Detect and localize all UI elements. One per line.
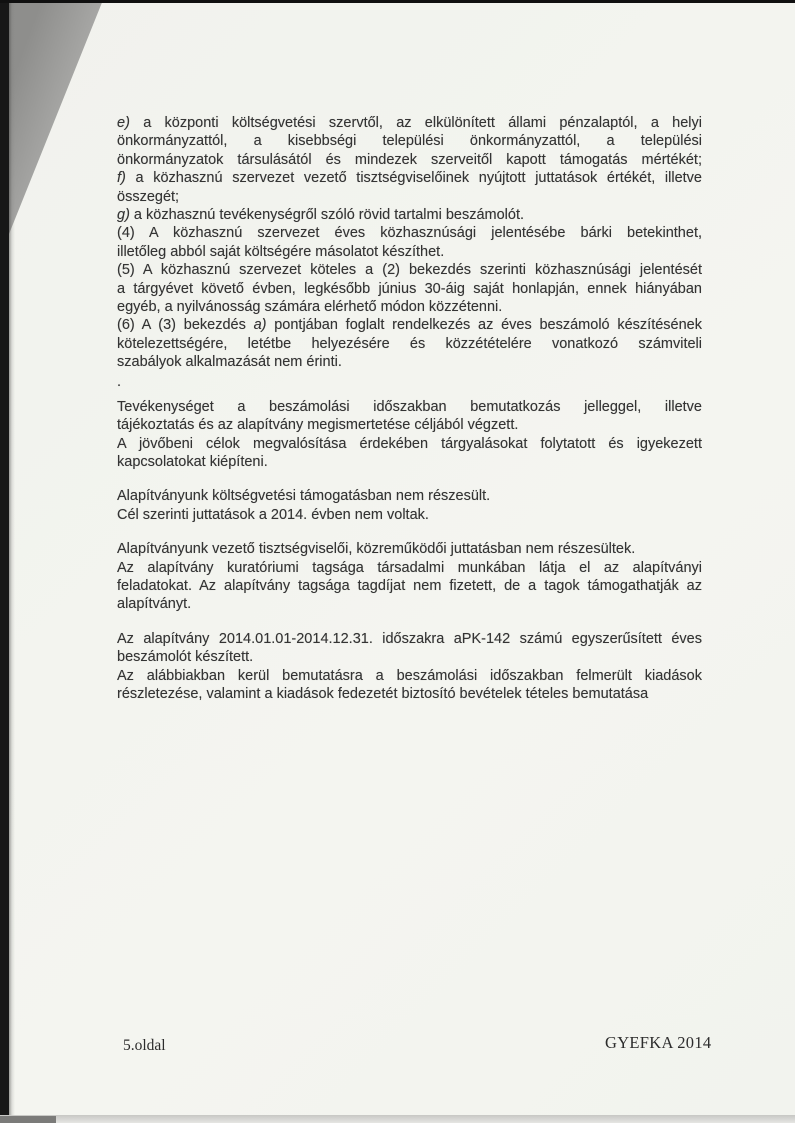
text-segment: pontjában foglalt rendelkezés az éves be…	[266, 317, 702, 333]
scan-artifact-top-edge	[0, 0, 795, 3]
text-line: illetőleg abból saját költségére másolat…	[117, 243, 702, 261]
text-line: (4) A közhasznú szervezet éves közhasznú…	[117, 224, 702, 242]
text-line: A jövőbeni célok megvalósítása érdekében…	[117, 435, 702, 453]
text-segment: (6) A (3) bekezdés	[117, 317, 254, 333]
text-line: e) a központi költségvetési szervtől, az…	[117, 114, 702, 132]
text-line: szabályok alkalmazását nem érinti.	[117, 353, 702, 371]
text-line: egyéb, a nyilvánosság számára elérhető m…	[117, 298, 702, 316]
text-line: kötelezettségére, letétbe helyezésére és…	[117, 335, 702, 353]
paragraph: Alapítványunk vezető tisztségviselői, kö…	[117, 540, 702, 614]
text-line: Alapítványunk vezető tisztségviselői, kö…	[117, 540, 702, 558]
text-line: önkormányzattól, a kisebbségi települési…	[117, 132, 702, 150]
text-line: önkormányzatok társulásától és mindezek …	[117, 151, 702, 169]
italic-text-segment: g)	[117, 207, 130, 223]
text-line: feladatokat. Az alapítvány tagsága tagdí…	[117, 577, 702, 595]
text-line: beszámolót készített.	[117, 648, 702, 666]
scan-artifact-bottom-shadow	[0, 1115, 795, 1123]
text-line: f) a közhasznú szervezet vezető tisztség…	[117, 169, 702, 187]
text-line: kapcsolatokat kiépíteni.	[117, 453, 702, 471]
scanned-page: e) a központi költségvetési szervtől, az…	[0, 0, 795, 1123]
text-line: g) a közhasznú tevékenységről szóló rövi…	[117, 206, 702, 224]
scan-artifact-left-edge	[0, 0, 9, 1123]
text-line: Tevékenységet a beszámolási időszakban b…	[117, 398, 702, 416]
text-block: e) a központi költségvetési szervtől, az…	[117, 114, 702, 703]
text-line: tájékoztatás és az alapítvány megismerte…	[117, 416, 702, 434]
paragraph: Az alapítvány 2014.01.01-2014.12.31. idő…	[117, 630, 702, 704]
text-line: részletezése, valamint a kiadások fedeze…	[117, 685, 702, 703]
text-segment: a központi költségvetési szervtől, az el…	[130, 115, 702, 131]
text-line: Az alábbiakban kerül bemutatásra a beszá…	[117, 667, 702, 685]
text-line: (6) A (3) bekezdés a) pontjában foglalt …	[117, 316, 702, 334]
text-line: a tárgyévet követő évben, legkésőbb júni…	[117, 280, 702, 298]
text-line: Az alapítvány 2014.01.01-2014.12.31. idő…	[117, 630, 702, 648]
scan-artifact-bottom-left-corner	[0, 1116, 56, 1123]
text-segment: a közhasznú szervezet vezető tisztségvis…	[126, 170, 702, 186]
text-line: összegét;	[117, 188, 702, 206]
text-line: Az alapítvány kuratóriumi tagsága társad…	[117, 559, 702, 577]
paragraph: .	[117, 373, 702, 391]
paragraph: Alapítványunk költségvetési támogatásban…	[117, 487, 702, 524]
paragraph: Tevékenységet a beszámolási időszakban b…	[117, 398, 702, 472]
text-line: Alapítványunk költségvetési támogatásban…	[117, 487, 702, 505]
italic-text-segment: e)	[117, 115, 130, 131]
text-line: alapítványt.	[117, 595, 702, 613]
scan-artifact-corner-wedge	[9, 0, 103, 234]
paragraph: e) a központi költségvetési szervtől, az…	[117, 114, 702, 371]
text-line: Cél szerinti juttatások a 2014. évben ne…	[117, 506, 702, 524]
scan-artifact-left-edge-shadow	[9, 0, 15, 1123]
italic-text-segment: f)	[117, 170, 126, 186]
footer-code: GYEFKA 2014	[605, 1033, 711, 1053]
italic-text-segment: a)	[254, 317, 267, 333]
text-line: .	[117, 373, 702, 391]
page-number: 5.oldal	[123, 1037, 166, 1055]
text-segment: a közhasznú tevékenységről szóló rövid t…	[130, 207, 524, 223]
text-line: (5) A közhasznú szervezet köteles a (2) …	[117, 261, 702, 279]
